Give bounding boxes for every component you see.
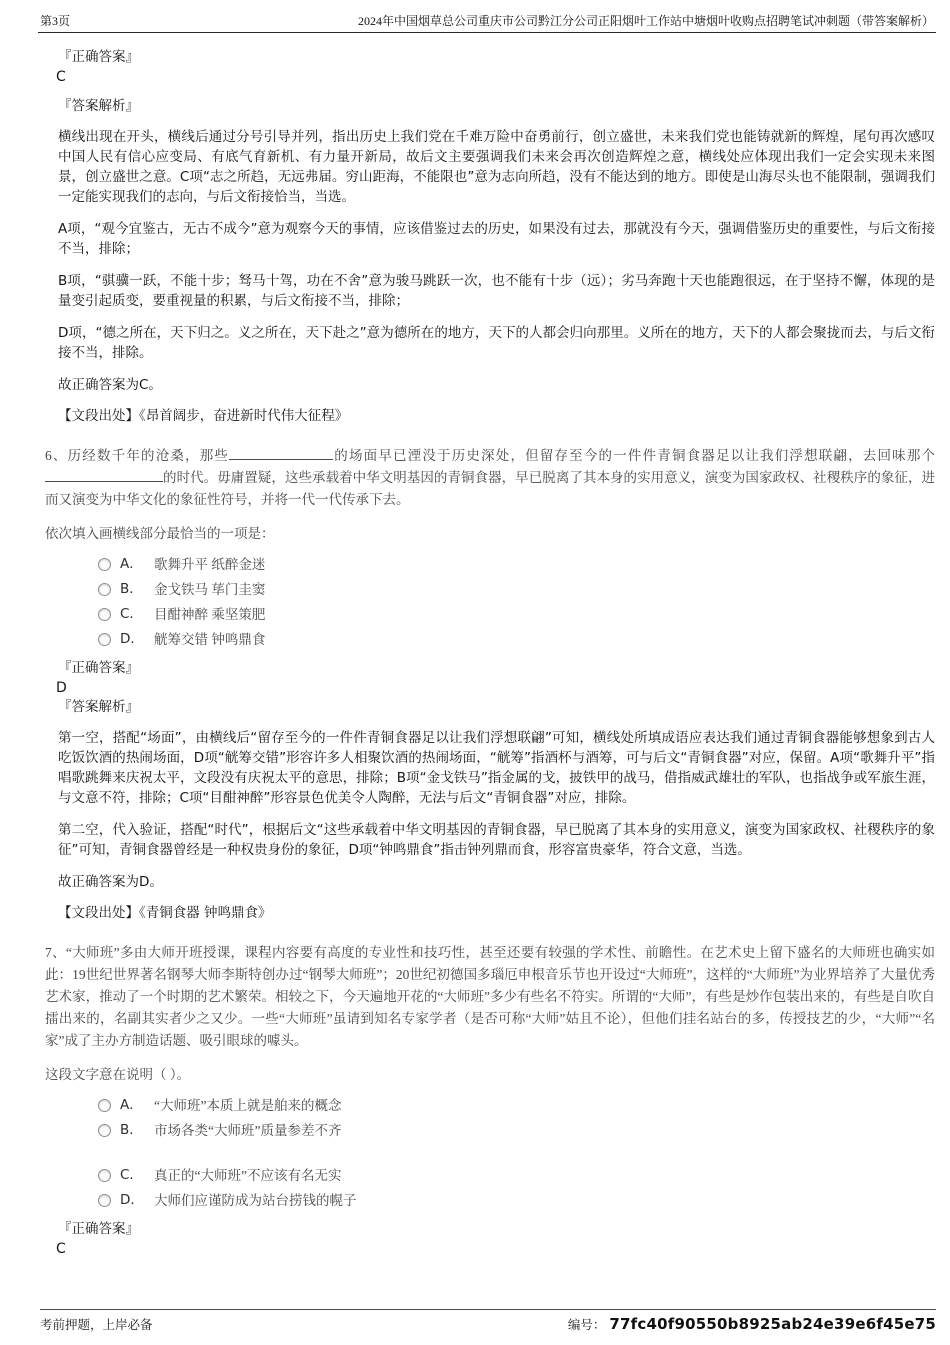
document-title: 2024年中国烟草总公司重庆市公司黔江分公司正阳烟叶工作站中塘烟叶收购点招聘笔试… bbox=[358, 12, 934, 29]
option-radio[interactable] bbox=[98, 1169, 111, 1182]
code-label: 编号： bbox=[568, 1315, 606, 1333]
footer-code: 编号： 77fc40f90550b8925ab24e39e6f45e75 bbox=[568, 1315, 936, 1333]
question-prompt: 依次填入画横线部分最恰当的一项是： bbox=[45, 525, 935, 543]
option-radio[interactable] bbox=[98, 1124, 111, 1137]
answer-conclusion: 故正确答案为D。 bbox=[58, 873, 935, 891]
question-stem: 7、“大师班”多由大师开班授课，课程内容要有高度的专业性和技巧性，甚至还要有较强… bbox=[45, 942, 935, 1052]
question-6: 6、历经数千年的沧桑，那些的场面早已湮没于历史深处，但留存至今的一件件青铜食器足… bbox=[45, 445, 935, 511]
option-row: A． 歌舞升平 纸醉金迷 bbox=[98, 556, 935, 573]
page-number: 第3页 bbox=[40, 12, 70, 29]
analysis-label: 『答案解析』 bbox=[58, 98, 935, 115]
option-letter: C． bbox=[120, 1167, 144, 1184]
source-reference: 【文段出处】《昂首阔步，奋进新时代伟大征程》 bbox=[58, 407, 935, 425]
code-value: 77fc40f90550b8925ab24e39e6f45e75 bbox=[609, 1315, 936, 1333]
option-row: A． “大师班”本质上就是舶来的概念 bbox=[98, 1097, 935, 1114]
option-radio[interactable] bbox=[98, 1194, 111, 1207]
option-letter: D． bbox=[120, 631, 144, 648]
analysis-paragraph: 第一空，搭配“场面”，由横线后“留存至今的一件件青铜食器足以让我们浮想联翩”可知… bbox=[58, 728, 935, 808]
option-text: 市场各类“大师班”质量参差不齐 bbox=[154, 1122, 341, 1139]
option-text: 真正的“大师班”不应该有名无实 bbox=[154, 1167, 341, 1184]
correct-answer-value: C bbox=[56, 1241, 935, 1258]
option-text: 金戈铁马 荜门圭窦 bbox=[154, 581, 265, 598]
blank-line bbox=[229, 446, 333, 460]
correct-answer-label: 『正确答案』 bbox=[58, 49, 935, 66]
question-stem: 6、历经数千年的沧桑，那些的场面早已湮没于历史深处，但留存至今的一件件青铜食器足… bbox=[45, 445, 935, 511]
option-radio[interactable] bbox=[98, 633, 111, 646]
option-row: C． 目酣神醉 乘坚策肥 bbox=[98, 606, 935, 623]
option-row: C． 真正的“大师班”不应该有名无实 bbox=[98, 1167, 935, 1184]
option-letter: A． bbox=[120, 556, 144, 573]
answer-conclusion: 故正确答案为C。 bbox=[58, 376, 935, 394]
page-header: 第3页 2024年中国烟草总公司重庆市公司黔江分公司正阳烟叶工作站中塘烟叶收购点… bbox=[38, 0, 936, 33]
option-row: D． 觥筹交错 钟鸣鼎食 bbox=[98, 631, 935, 648]
option-letter: D． bbox=[120, 1192, 144, 1209]
option-row: B． 金戈铁马 荜门圭窦 bbox=[98, 581, 935, 598]
option-text: 目酣神醉 乘坚策肥 bbox=[154, 606, 265, 623]
option-letter: C． bbox=[120, 606, 144, 623]
option-text: 歌舞升平 纸醉金迷 bbox=[154, 556, 265, 573]
analysis-paragraph: A项，“观今宜鉴古，无古不成今”意为观察今天的事情，应该借鉴过去的历史，如果没有… bbox=[58, 219, 935, 259]
question-7: 7、“大师班”多由大师开班授课，课程内容要有高度的专业性和技巧性，甚至还要有较强… bbox=[45, 942, 935, 1052]
option-letter: A． bbox=[120, 1097, 144, 1114]
analysis-paragraph: 横线出现在开头，横线后通过分号引导并列，指出历史上我们党在千难万险中奋勇前行，创… bbox=[58, 127, 935, 207]
page-footer: 考前押题，上岸必备 编号： 77fc40f90550b8925ab24e39e6… bbox=[40, 1309, 936, 1333]
option-letter: B． bbox=[120, 581, 144, 598]
option-row: B． 市场各类“大师班”质量参差不齐 bbox=[98, 1122, 935, 1139]
analysis-label: 『答案解析』 bbox=[58, 699, 935, 716]
source-reference: 【文段出处】《青铜食器 钟鸣鼎食》 bbox=[58, 904, 935, 922]
correct-answer-value: C bbox=[56, 69, 935, 86]
analysis-paragraph: 第二空，代入验证，搭配“时代”，根据后文“这些承载着中华文明基因的青铜食器，早已… bbox=[58, 820, 935, 860]
option-radio[interactable] bbox=[98, 558, 111, 571]
page-body: 『正确答案』 C 『答案解析』 横线出现在开头，横线后通过分号引导并列，指出历史… bbox=[0, 49, 950, 1258]
option-radio[interactable] bbox=[98, 583, 111, 596]
analysis-paragraph: B项，“骐骥一跃，不能十步；驽马十驾，功在不舍”意为骏马跳跃一次，也不能有十步（… bbox=[58, 271, 935, 311]
option-text: “大师班”本质上就是舶来的概念 bbox=[154, 1097, 341, 1114]
correct-answer-label: 『正确答案』 bbox=[58, 1221, 935, 1238]
option-letter: B． bbox=[120, 1122, 144, 1139]
option-row: D． 大师们应谨防成为站台捞钱的幌子 bbox=[98, 1192, 935, 1209]
option-text: 大师们应谨防成为站台捞钱的幌子 bbox=[154, 1192, 357, 1209]
option-radio[interactable] bbox=[98, 1099, 111, 1112]
correct-answer-label: 『正确答案』 bbox=[58, 660, 935, 677]
correct-answer-value: D bbox=[56, 680, 935, 697]
option-text: 觥筹交错 钟鸣鼎食 bbox=[154, 631, 265, 648]
footer-slogan: 考前押题，上岸必备 bbox=[40, 1315, 153, 1333]
analysis-paragraph: D项，“德之所在，天下归之。义之所在，天下赴之”意为德所在的地方，天下的人都会归… bbox=[58, 323, 935, 363]
option-radio[interactable] bbox=[98, 608, 111, 621]
blank-line bbox=[45, 468, 163, 482]
question-prompt: 这段文字意在说明（ ）。 bbox=[45, 1066, 935, 1084]
